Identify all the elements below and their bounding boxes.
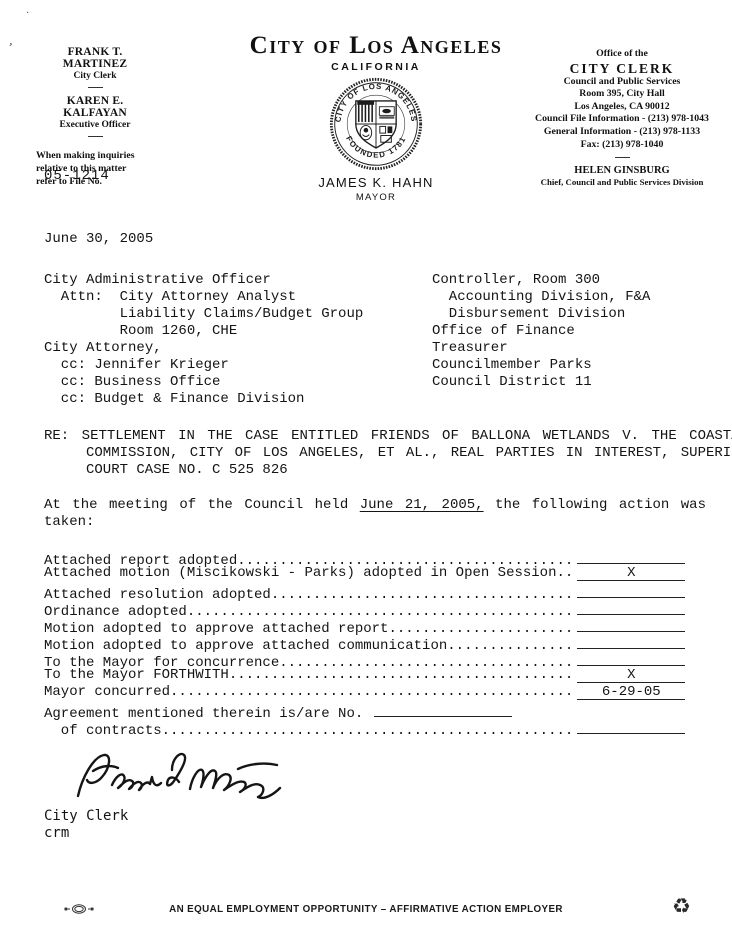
divider: [88, 136, 103, 137]
chief-title: Chief, Council and Public Services Divis…: [514, 177, 730, 187]
fill-in-blank: X: [577, 667, 685, 683]
letter-page: ’ · FRANK T. MARTINEZ City Clerk KAREN E…: [0, 0, 732, 950]
divider: [615, 157, 630, 158]
meeting-statement: At the meeting of the Council held June …: [44, 497, 706, 531]
checklist-row: Agreement mentioned therein is/are No.: [44, 701, 685, 718]
fill-in-blank: [577, 650, 685, 666]
checklist-row: Ordinance adopted.......................…: [44, 599, 685, 616]
city-seal-icon: CITY OF LOS ANGELES FOUNDED 1781: [328, 76, 424, 172]
letterhead-center: City of Los Angeles CALIFORNIA CITY OF L…: [236, 32, 516, 203]
checklist-row: To the Mayor for concurrence............…: [44, 650, 685, 667]
checklist-row: of contracts............................…: [44, 718, 685, 735]
file-number: 05-1214: [44, 168, 110, 185]
city-clerk-title: City Clerk: [36, 71, 154, 81]
city-title: City of Los Angeles: [236, 32, 516, 60]
executive-officer-title: Executive Officer: [36, 120, 154, 130]
office-of-the: Office of the: [514, 48, 730, 61]
fill-in-blank: X: [577, 565, 685, 581]
scan-artifact: ’: [6, 40, 13, 56]
eeo-statement: AN EQUAL EMPLOYMENT OPPORTUNITY – AFFIRM…: [0, 904, 732, 915]
office-division: Council and Public Services: [514, 76, 730, 89]
mayor-name: JAMES K. HAHN: [236, 175, 516, 190]
fill-in-blank: [374, 701, 512, 717]
chief-name: HELEN GINSBURG: [514, 165, 730, 176]
fax-number: Fax: (213) 978-1040: [514, 139, 730, 152]
fill-in-blank: [577, 548, 685, 564]
divider: [88, 87, 103, 88]
checklist-row: Attached report adopted.................…: [44, 548, 685, 565]
fill-in-blank: [577, 599, 685, 615]
executive-officer-name: KAREN E. KALFAYAN: [36, 95, 154, 119]
clerk-signature: [72, 744, 287, 806]
recipients-right: Controller, Room 300 Accounting Division…: [432, 272, 650, 391]
state-label: CALIFORNIA: [236, 61, 516, 73]
recycle-icon: ♻: [672, 894, 691, 918]
fill-in-blank: 6-29-05: [577, 684, 685, 700]
council-file-phone: Council File Information - (213) 978-104…: [514, 113, 730, 126]
letter-date: June 30, 2005: [44, 231, 153, 248]
checklist-row: To the Mayor FORTHWITH..................…: [44, 667, 685, 684]
checklist-row: Attached motion (Miscikowski - Parks) ad…: [44, 565, 685, 582]
letterhead-left: FRANK T. MARTINEZ City Clerk KAREN E. KA…: [36, 46, 154, 188]
checklist-row: Attached resolution adopted.............…: [44, 582, 685, 599]
meeting-date-underlined: June 21, 2005,: [360, 497, 484, 513]
office-room: Room 395, City Hall: [514, 88, 730, 101]
office-name: CITY CLERK: [514, 61, 730, 76]
checklist-row: Mayor concurred.........................…: [44, 684, 685, 701]
checklist-row: Motion adopted to approve attached commu…: [44, 633, 685, 650]
fill-in-blank: [577, 633, 685, 649]
fill-in-blank: [577, 616, 685, 632]
fill-in-blank: [577, 718, 685, 734]
office-city: Los Angeles, CA 90012: [514, 101, 730, 114]
re-subject-line: RE: SETTLEMENT IN THE CASE ENTITLED FRIE…: [44, 428, 732, 479]
checklist-row: Motion adopted to approve attached repor…: [44, 616, 685, 633]
mayor-title: MAYOR: [236, 192, 516, 203]
signer-title-and-initials: City Clerk crm: [44, 808, 128, 842]
scan-artifact: ·: [26, 8, 29, 19]
letterhead-right: Office of the CITY CLERK Council and Pub…: [514, 48, 730, 187]
meeting-text-before: At the meeting of the Council held: [44, 497, 360, 513]
city-clerk-name: FRANK T. MARTINEZ: [36, 46, 154, 70]
recipients-block: City Administrative Officer Attn: City A…: [44, 272, 704, 408]
action-checklist: Attached report adopted.................…: [44, 548, 685, 735]
general-info-phone: General Information - (213) 978-1133: [514, 126, 730, 139]
fill-in-blank: [577, 582, 685, 598]
closing-block: City Clerk crm: [44, 808, 128, 842]
